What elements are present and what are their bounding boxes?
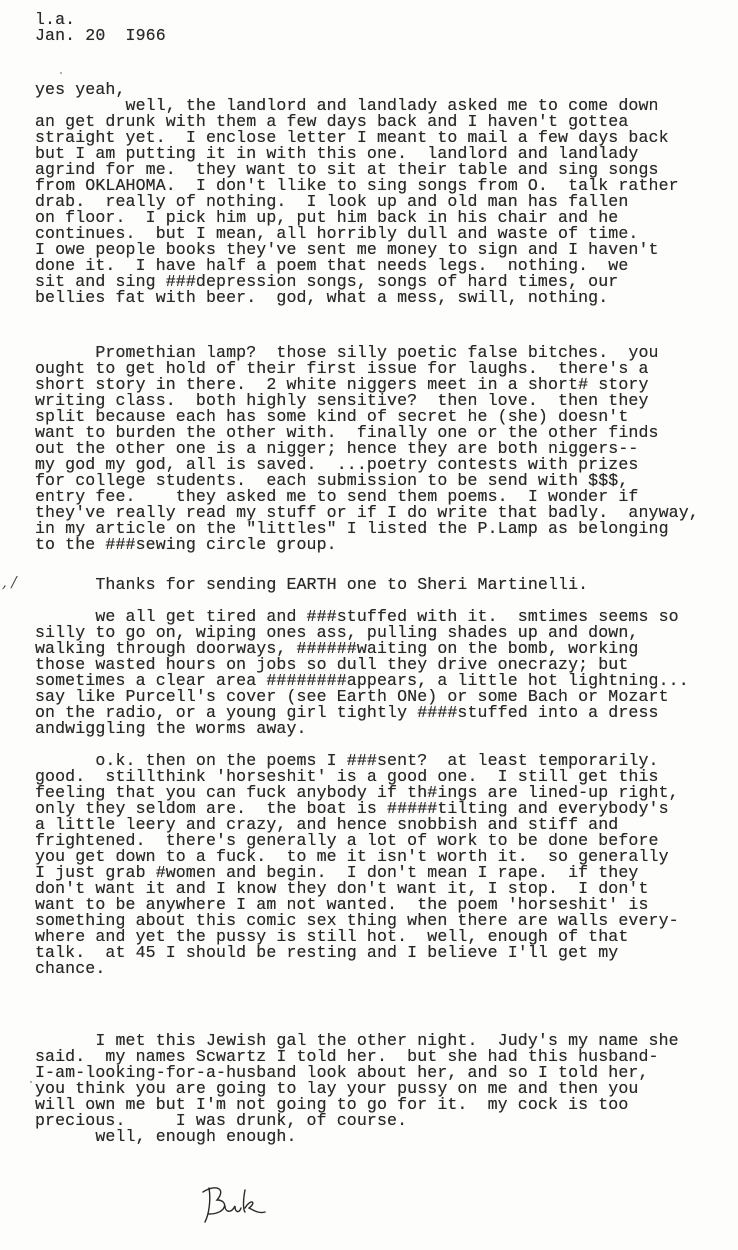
paragraph-poems-line: chance. — [35, 961, 105, 977]
paragraph-closing-line: well, enough enough. — [35, 1129, 297, 1145]
margin-mark: , / — [2, 573, 17, 591]
paragraph-thanks-line: Thanks for sending EARTH one to Sheri Ma… — [35, 577, 588, 593]
paragraph-tired-line: andwiggling the worms away. — [35, 721, 307, 737]
paragraph-promethian-lamp-line: to the ###sewing circle group. — [35, 537, 337, 553]
paragraph-landlord-line: bellies fat with beer. god, what a mess,… — [35, 290, 608, 306]
letter-date: Jan. 20 I966 — [35, 28, 166, 44]
paragraph-poems-line: talk. at 45 I should be resting and I be… — [35, 945, 618, 961]
letter-page: l.a. Jan. 20 I966 yes yeah, well, the la… — [0, 0, 738, 1250]
signature: Buk — [195, 1180, 275, 1230]
